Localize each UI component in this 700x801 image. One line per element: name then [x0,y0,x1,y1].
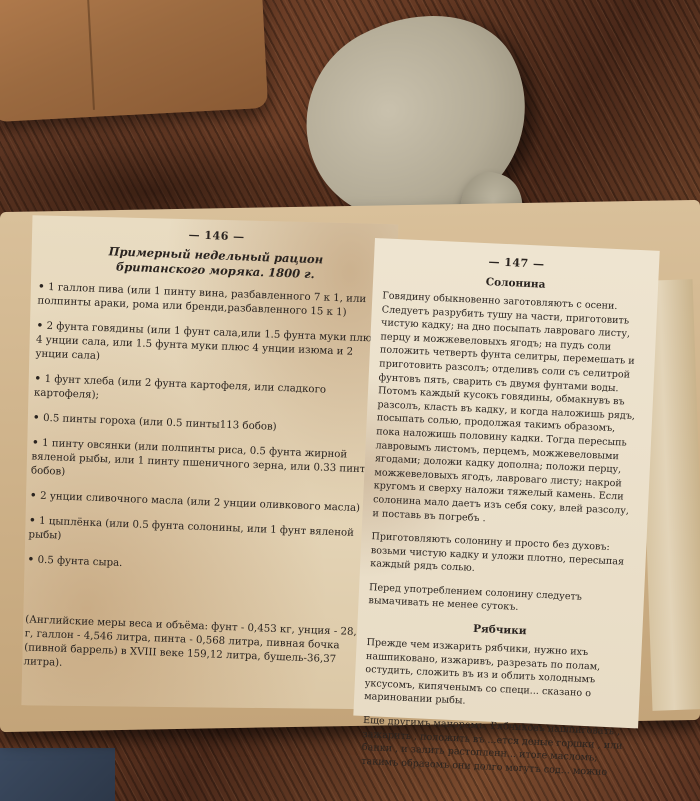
ration-item: 0.5 фунта сыра. [27,552,376,580]
ration-item: 2 фунта говядины (или 1 фунт сала,или 1.… [35,319,385,375]
left-page: — 146 — Примерный недельный рацион брита… [6,210,410,719]
paragraph: Перед употреблением солонину следуетъ вы… [358,581,644,621]
ration-item: 2 унции сливочного масла (или 2 унции ол… [30,488,379,516]
paragraph: Говядину обыкновенно заготовляютъ с осен… [362,289,657,533]
paragraph: Приготовляютъ солонину и просто без духо… [360,530,647,584]
measures-footnote: (Английские меры веса и объёма: фунт - 0… [7,605,394,684]
ration-item: 1 фунт хлеба (или 2 фунта картофеля, или… [34,371,384,413]
paragraph: Прежде чем изжарить рябчики, нужно ихъ н… [354,636,642,717]
ration-list: 1 галлон пива (или 1 пинту вина, разбавл… [11,279,407,582]
ration-item: 1 галлон пива (или 1 пинту вина, разбавл… [37,280,387,322]
photo-scene: — 146 — Примерный недельный рацион брита… [0,0,700,801]
open-book: — 146 — Примерный недельный рацион брита… [0,200,700,760]
ration-item: 1 пинту овсянки (или полпинты риса, 0.5 … [31,435,381,491]
ration-item: 0.5 пинты гороха (или 0.5 пинты113 бобов… [33,410,382,438]
left-page-title: Примерный недельный рацион британского м… [63,243,369,285]
ration-item: 1 цыплёнка (или 0.5 фунта солонины, или … [28,513,378,555]
right-page: — 147 — Солонина Говядину обыкновенно за… [353,238,659,728]
paper-bag [0,0,268,122]
